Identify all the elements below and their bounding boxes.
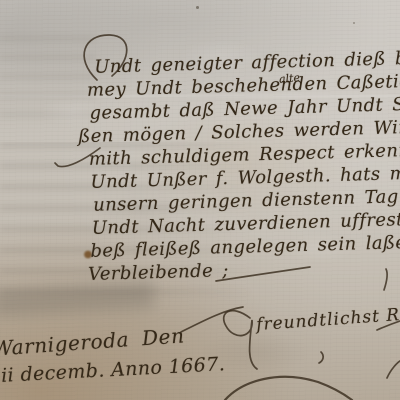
interlinear-insertion: alte [278,71,300,86]
manuscript-photo: Undt geneigter affection dieß berg mey U… [0,0,400,400]
ink-speck [196,6,199,9]
letter-body: Undt geneigter affection dieß berg mey U… [84,46,400,286]
ink-bleedthrough-top [0,36,95,131]
ink-speck [353,22,355,24]
